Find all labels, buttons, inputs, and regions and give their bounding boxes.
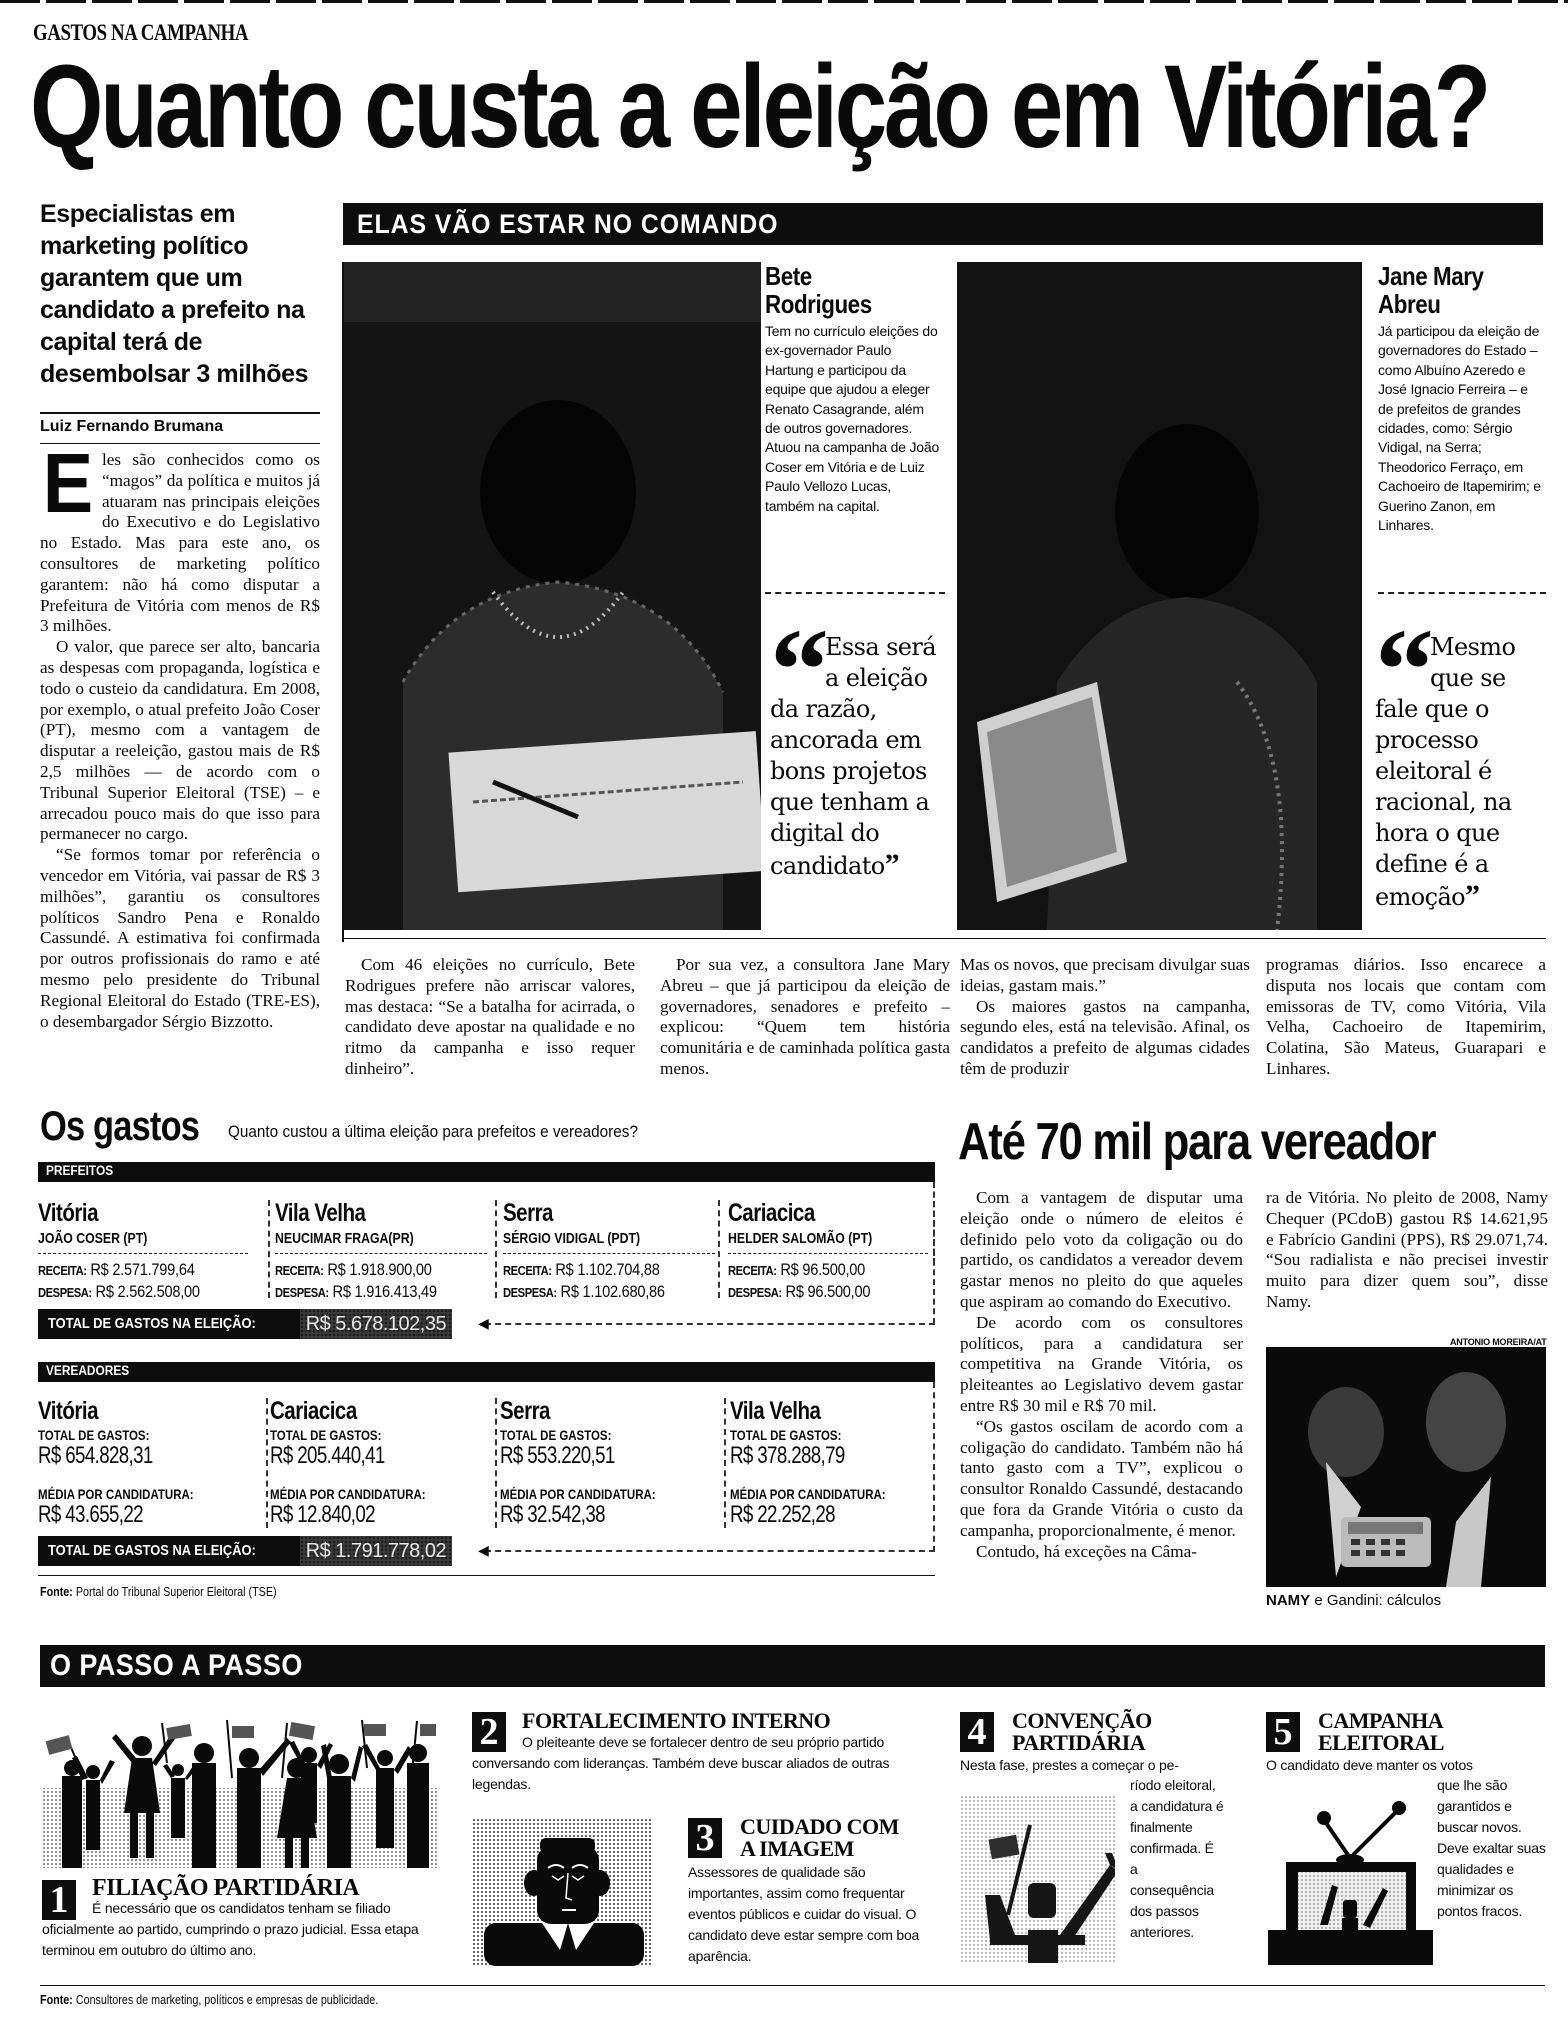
- column-rule: [342, 262, 344, 942]
- step-text-5-side: que lhe são garantidos e buscar novos. D…: [1437, 1775, 1547, 1922]
- profiles-section-bar: ELAS VÃO ESTAR NO COMANDO: [343, 203, 1543, 245]
- article-continuation-col4: programas diários. Isso encarece a dispu…: [1266, 955, 1546, 1080]
- photo-credit: ANTONIO MOREIRA/AT: [1450, 1337, 1547, 1347]
- prefeitos-rows: Vitória JOÃO COSER (PT) RECEITA: R$ 2.57…: [38, 1200, 935, 1300]
- candidate-portrait-illustration: [472, 1818, 652, 1966]
- bottom-rule: [40, 1985, 1545, 1986]
- byline: Luiz Fernando Brumana: [40, 418, 223, 436]
- supporters-illustration: [42, 1718, 437, 1868]
- profile-divider: [1378, 592, 1546, 594]
- profile-divider: [765, 592, 945, 594]
- crowd-with-flags-icon: [42, 1718, 437, 1868]
- profile-name-jane: Jane Mary Abreu: [1378, 262, 1484, 318]
- step-title-5: CAMPANHA ELEITORAL: [1318, 1710, 1444, 1754]
- photo-namy-gandini: [1266, 1347, 1546, 1587]
- article-paragraph: Eles são conhecidos como os “magos” da p…: [40, 450, 320, 637]
- source-rule: [38, 1575, 935, 1576]
- vereador-article-col2: ra de Vitória. No pleito de 2008, Namy C…: [1266, 1188, 1548, 1313]
- profile-bio-jane: Já participou da eleição de governadores…: [1378, 322, 1546, 535]
- vereador-row: Serra TOTAL DE GASTOS: R$ 553.220,51 MÉD…: [500, 1398, 725, 1528]
- step-text-1: É necessário que os candidatos tenham se…: [42, 1898, 442, 1961]
- profile-name-bete: Bete Rodrigues: [765, 262, 872, 318]
- gastos-title: Os gastos: [40, 1102, 199, 1150]
- portrait-illustration: [957, 262, 1362, 930]
- vereadores-rows: Vitória TOTAL DE GASTOS: R$ 654.828,31 M…: [38, 1398, 935, 1528]
- vereador-row: Cariacica TOTAL DE GASTOS: R$ 205.440,41…: [270, 1398, 495, 1528]
- candidate-face-icon: [472, 1818, 652, 1966]
- vereador-row: Vitória TOTAL DE GASTOS: R$ 654.828,31 M…: [38, 1398, 263, 1528]
- person-raising-flag-icon: [960, 1795, 1115, 1963]
- photo-jane-mary-abreu: [957, 262, 1362, 930]
- prefeito-row: Vila Velha NEUCIMAR FRAGA(PR) RECEITA: R…: [275, 1200, 500, 1303]
- prefeitos-total: TOTAL DE GASTOS NA ELEIÇÃO: R$ 5.678.102…: [38, 1309, 452, 1339]
- open-quote-icon: “: [770, 630, 819, 692]
- step-text-3: Assessores de qualidade são importantes,…: [688, 1862, 928, 1967]
- arrow-left-icon: ◀: [478, 1316, 489, 1330]
- total-pointer-line: [485, 1323, 935, 1325]
- step-title-3: CUIDADO COM A IMAGEM: [740, 1816, 899, 1860]
- pullquote-bete: “Essa será a eleição da razão, ancorada …: [770, 632, 950, 882]
- step-title-4: CONVENÇÃO PARTIDÁRIA: [1012, 1710, 1152, 1754]
- close-quote-icon: ”: [1465, 879, 1476, 912]
- article-continuation-col2: Por sua vez, a consultora Jane Mary Abre…: [660, 955, 950, 1080]
- prefeito-row: Vitória JOÃO COSER (PT) RECEITA: R$ 2.57…: [38, 1200, 263, 1303]
- photo-illustration: [1266, 1347, 1546, 1587]
- step-text-5-top: O candidato deve manter os votos: [1266, 1755, 1536, 1776]
- step-text-4-side: ríodo eleitoral, a candidatura é finalme…: [1130, 1775, 1225, 1943]
- tv-illustration: [1268, 1790, 1433, 1965]
- vereadores-bar: VEREADORES: [38, 1362, 935, 1382]
- arrow-left-icon: ◀: [478, 1543, 489, 1557]
- vereadores-total-value: R$ 1.791.778,02: [300, 1536, 452, 1566]
- step-number-4: 4: [960, 1712, 994, 1752]
- dropcap: E: [43, 452, 93, 514]
- gastos-subtitle: Quanto custou a última eleição para pref…: [228, 1122, 638, 1142]
- step-text-4-top: Nesta fase, prestes a começar o pe-: [960, 1755, 1220, 1776]
- prefeito-row: Cariacica HELDER SALOMÃO (PT) RECEITA: R…: [728, 1200, 933, 1303]
- main-article-body: Eles são conhecidos como os “magos” da p…: [40, 450, 320, 1032]
- prefeito-row: Serra SÉRGIO VIDIGAL (PDT) RECEITA: R$ 1…: [503, 1200, 728, 1303]
- article-continuation-col1: Com 46 eleições no currículo, Bete Rodri…: [345, 955, 635, 1080]
- prefeitos-total-value: R$ 5.678.102,35: [300, 1309, 452, 1339]
- profiles-bottom-rule: [343, 938, 1546, 939]
- step-title-1: FILIAÇÃO PARTIDÁRIA: [92, 1877, 359, 1899]
- subhead: Especialistas em marketing político gara…: [40, 198, 340, 390]
- article-paragraph: O valor, que parece ser alto, bancaria a…: [40, 637, 320, 845]
- step-text-2: O pleiteante deve se fortalecer dentro d…: [472, 1732, 917, 1795]
- step-number-3: 3: [688, 1818, 722, 1858]
- prefeitos-bar: PREFEITOS: [38, 1162, 935, 1182]
- photo-caption: NAMY e Gandini: cálculos: [1266, 1592, 1441, 1609]
- convention-illustration: [960, 1795, 1115, 1963]
- article-continuation-col3: Mas os novos, que precisam divulgar suas…: [960, 955, 1250, 1080]
- television-icon: [1268, 1790, 1433, 1965]
- vereador-article-title: Até 70 mil para vereador: [958, 1112, 1435, 1172]
- vereadores-total: TOTAL DE GASTOS NA ELEIÇÃO: R$ 1.791.778…: [38, 1536, 452, 1566]
- passo-a-passo-bar: O PASSO A PASSO: [40, 1645, 1545, 1687]
- open-quote-icon: “: [1375, 630, 1424, 692]
- passo-source: Fonte: Consultores de marketing, polític…: [40, 1993, 378, 2007]
- byline-rule-top: [40, 412, 320, 414]
- profile-bio-bete: Tem no currículo eleições do ex-governad…: [765, 322, 940, 516]
- vereador-article-col1: Com a vantagem de disputar uma eleição o…: [960, 1188, 1243, 1562]
- step-number-5: 5: [1266, 1712, 1300, 1752]
- step-title-2: FORTALECIMENTO INTERNO: [522, 1710, 830, 1732]
- gastos-source: Fonte: Portal do Tribunal Superior Eleit…: [40, 1585, 277, 1599]
- photo-bete-rodrigues: [343, 262, 761, 930]
- vereador-row: Vila Velha TOTAL DE GASTOS: R$ 378.288,7…: [730, 1398, 935, 1528]
- total-pointer-line: [485, 1550, 935, 1552]
- page-top-rule: [0, 0, 1568, 3]
- pullquote-jane: “Mesmo que se fale que o processo eleito…: [1375, 632, 1550, 913]
- close-quote-icon: ”: [885, 848, 896, 881]
- article-paragraph: “Se formos tomar por referência o venced…: [40, 845, 320, 1032]
- page-headline: Quanto custa a eleição em Vitória?: [30, 48, 1488, 166]
- portrait-illustration: [343, 262, 761, 930]
